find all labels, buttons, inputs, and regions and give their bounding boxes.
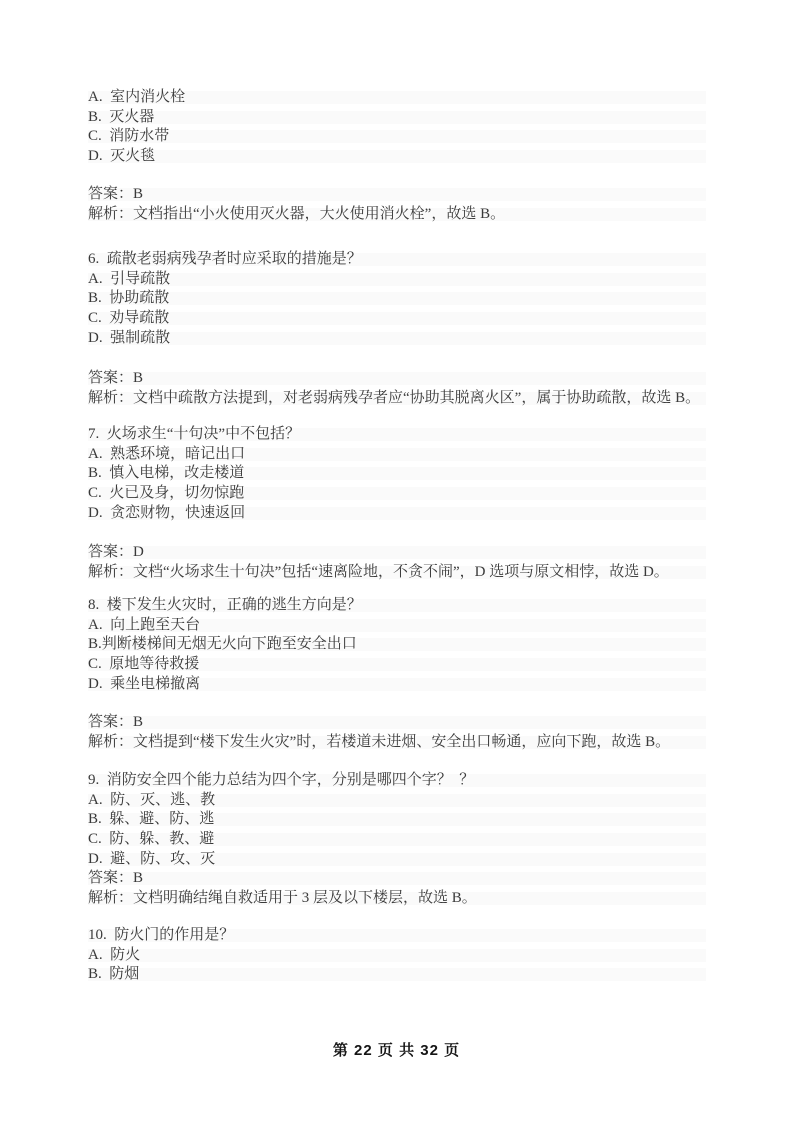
- question-line: 10. 防火门的作用是？: [88, 926, 706, 946]
- page-footer: 第 22 页 共 32 页: [0, 1039, 793, 1060]
- option-line: C. 原地等待救援: [88, 655, 706, 675]
- question-line: 6. 疏散老弱病残孕者时应采取的措施是？: [88, 250, 706, 270]
- option-line: C. 劝导疏散: [88, 309, 706, 329]
- question-10-block: 10. 防火门的作用是？ A. 防火 B. 防烟: [88, 926, 706, 985]
- answer-line: 答案：D: [88, 543, 706, 563]
- question-6-answer-block: 答案：B 解析：文档中疏散方法提到，对老弱病残孕者应“协助其脱离火区”，属于协助…: [88, 369, 706, 408]
- option-line: B. 协助疏散: [88, 289, 706, 309]
- question-5-answer-block: 答案：B 解析：文档指出“小火使用灭火器，大火使用消火栓”，故选 B。: [88, 185, 706, 224]
- answer-line: 答案：B: [88, 713, 706, 733]
- question-8-block: 8. 楼下发生火灾时，正确的逃生方向是？ A. 向上跑至天台 B.判断楼梯间无烟…: [88, 596, 706, 694]
- question-7-answer-block: 答案：D 解析：文档“火场求生十句决”包括“速离险地，不贪不闹”，D 选项与原文…: [88, 543, 706, 582]
- question-line: 8. 楼下发生火灾时，正确的逃生方向是？: [88, 596, 706, 616]
- option-line: A. 向上跑至天台: [88, 616, 706, 636]
- option-line: A. 室内消火栓: [88, 88, 706, 108]
- question-7-block: 7. 火场求生“十句决”中不包括？ A. 熟悉环境，暗记出口 B. 慎入电梯，改…: [88, 425, 706, 523]
- option-line: B. 躲、避、防、逃: [88, 810, 706, 830]
- analysis-line: 解析：文档提到“楼下发生火灾”时，若楼道未进烟、安全出口畅通，应向下跑，故选 B…: [88, 733, 706, 753]
- analysis-line: 解析：文档中疏散方法提到，对老弱病残孕者应“协助其脱离火区”，属于协助疏散，故选…: [88, 389, 706, 409]
- option-line: D. 强制疏散: [88, 329, 706, 349]
- option-line: D. 贪恋财物，快速返回: [88, 504, 706, 524]
- option-line: D. 乘坐电梯撤离: [88, 675, 706, 695]
- document-page: A. 室内消火栓 B. 灭火器 C. 消防水带 D. 灭火毯 答案：B 解析：文…: [0, 0, 793, 1122]
- question-9-block: 9. 消防安全四个能力总结为四个字，分别是哪四个字？ ？ A. 防、灭、逃、教 …: [88, 771, 706, 909]
- answer-line: 答案：B: [88, 869, 706, 889]
- analysis-line: 解析：文档明确结绳自救适用于 3 层及以下楼层，故选 B。: [88, 889, 706, 909]
- option-line: C. 防、躲、教、避: [88, 830, 706, 850]
- option-line: A. 引导疏散: [88, 270, 706, 290]
- option-line: A. 熟悉环境，暗记出口: [88, 445, 706, 465]
- analysis-line: 解析：文档“火场求生十句决”包括“速离险地，不贪不闹”，D 选项与原文相悖，故选…: [88, 563, 706, 583]
- analysis-line: 解析：文档指出“小火使用灭火器，大火使用消火栓”，故选 B。: [88, 205, 706, 225]
- answer-line: 答案：B: [88, 369, 706, 389]
- question-8-answer-block: 答案：B 解析：文档提到“楼下发生火灾”时，若楼道未进烟、安全出口畅通，应向下跑…: [88, 713, 706, 752]
- option-line: A. 防、灭、逃、教: [88, 791, 706, 811]
- question-5-options-block: A. 室内消火栓 B. 灭火器 C. 消防水带 D. 灭火毯: [88, 88, 706, 167]
- question-line: 7. 火场求生“十句决”中不包括？: [88, 425, 706, 445]
- option-line: D. 灭火毯: [88, 147, 706, 167]
- option-line: D. 避、防、攻、灭: [88, 850, 706, 870]
- answer-line: 答案：B: [88, 185, 706, 205]
- option-line: A. 防火: [88, 946, 706, 966]
- option-line: C. 消防水带: [88, 127, 706, 147]
- option-line: B. 慎入电梯，改走楼道: [88, 464, 706, 484]
- question-6-block: 6. 疏散老弱病残孕者时应采取的措施是？ A. 引导疏散 B. 协助疏散 C. …: [88, 250, 706, 348]
- question-line: 9. 消防安全四个能力总结为四个字，分别是哪四个字？ ？: [88, 771, 706, 791]
- option-line: C. 火已及身，切勿惊跑: [88, 484, 706, 504]
- option-line: B. 防烟: [88, 965, 706, 985]
- option-line: B.判断楼梯间无烟无火向下跑至安全出口: [88, 635, 706, 655]
- option-line: B. 灭火器: [88, 108, 706, 128]
